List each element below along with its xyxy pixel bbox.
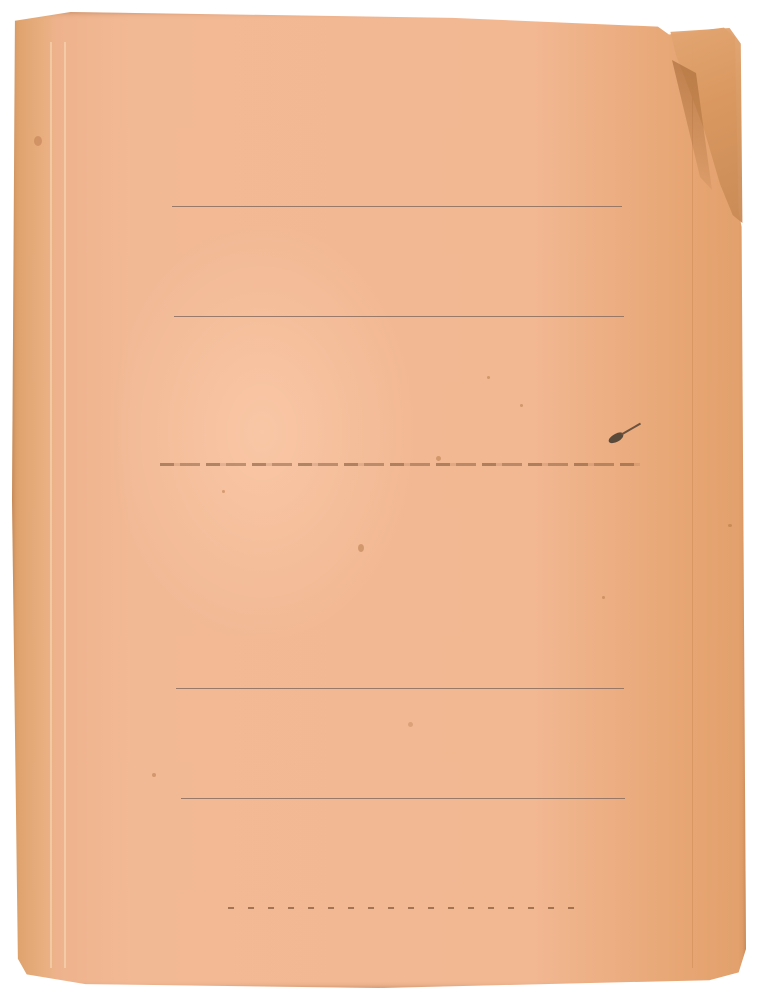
fold-crease-middle	[160, 463, 640, 466]
ruled-line-3	[176, 688, 624, 689]
stain-spot	[152, 773, 156, 777]
stain-spot	[436, 456, 441, 461]
paper-folder	[12, 12, 746, 988]
stain-spot	[408, 722, 413, 727]
stain-spot	[728, 524, 732, 527]
left-hinge-fold	[50, 42, 52, 968]
stain-spot	[34, 136, 42, 146]
ruled-line-2	[174, 316, 624, 317]
fold-crease-bottom	[228, 907, 588, 909]
ruled-line-1	[172, 206, 622, 207]
stain-spot	[602, 596, 605, 599]
ruled-line-4	[181, 798, 625, 799]
right-hinge-fold	[692, 42, 693, 968]
stain-spot	[222, 490, 225, 493]
stain-spot	[358, 544, 364, 552]
stain-spot	[520, 404, 523, 407]
stain-spot	[487, 376, 490, 379]
left-hinge-fold-inner	[64, 42, 66, 968]
